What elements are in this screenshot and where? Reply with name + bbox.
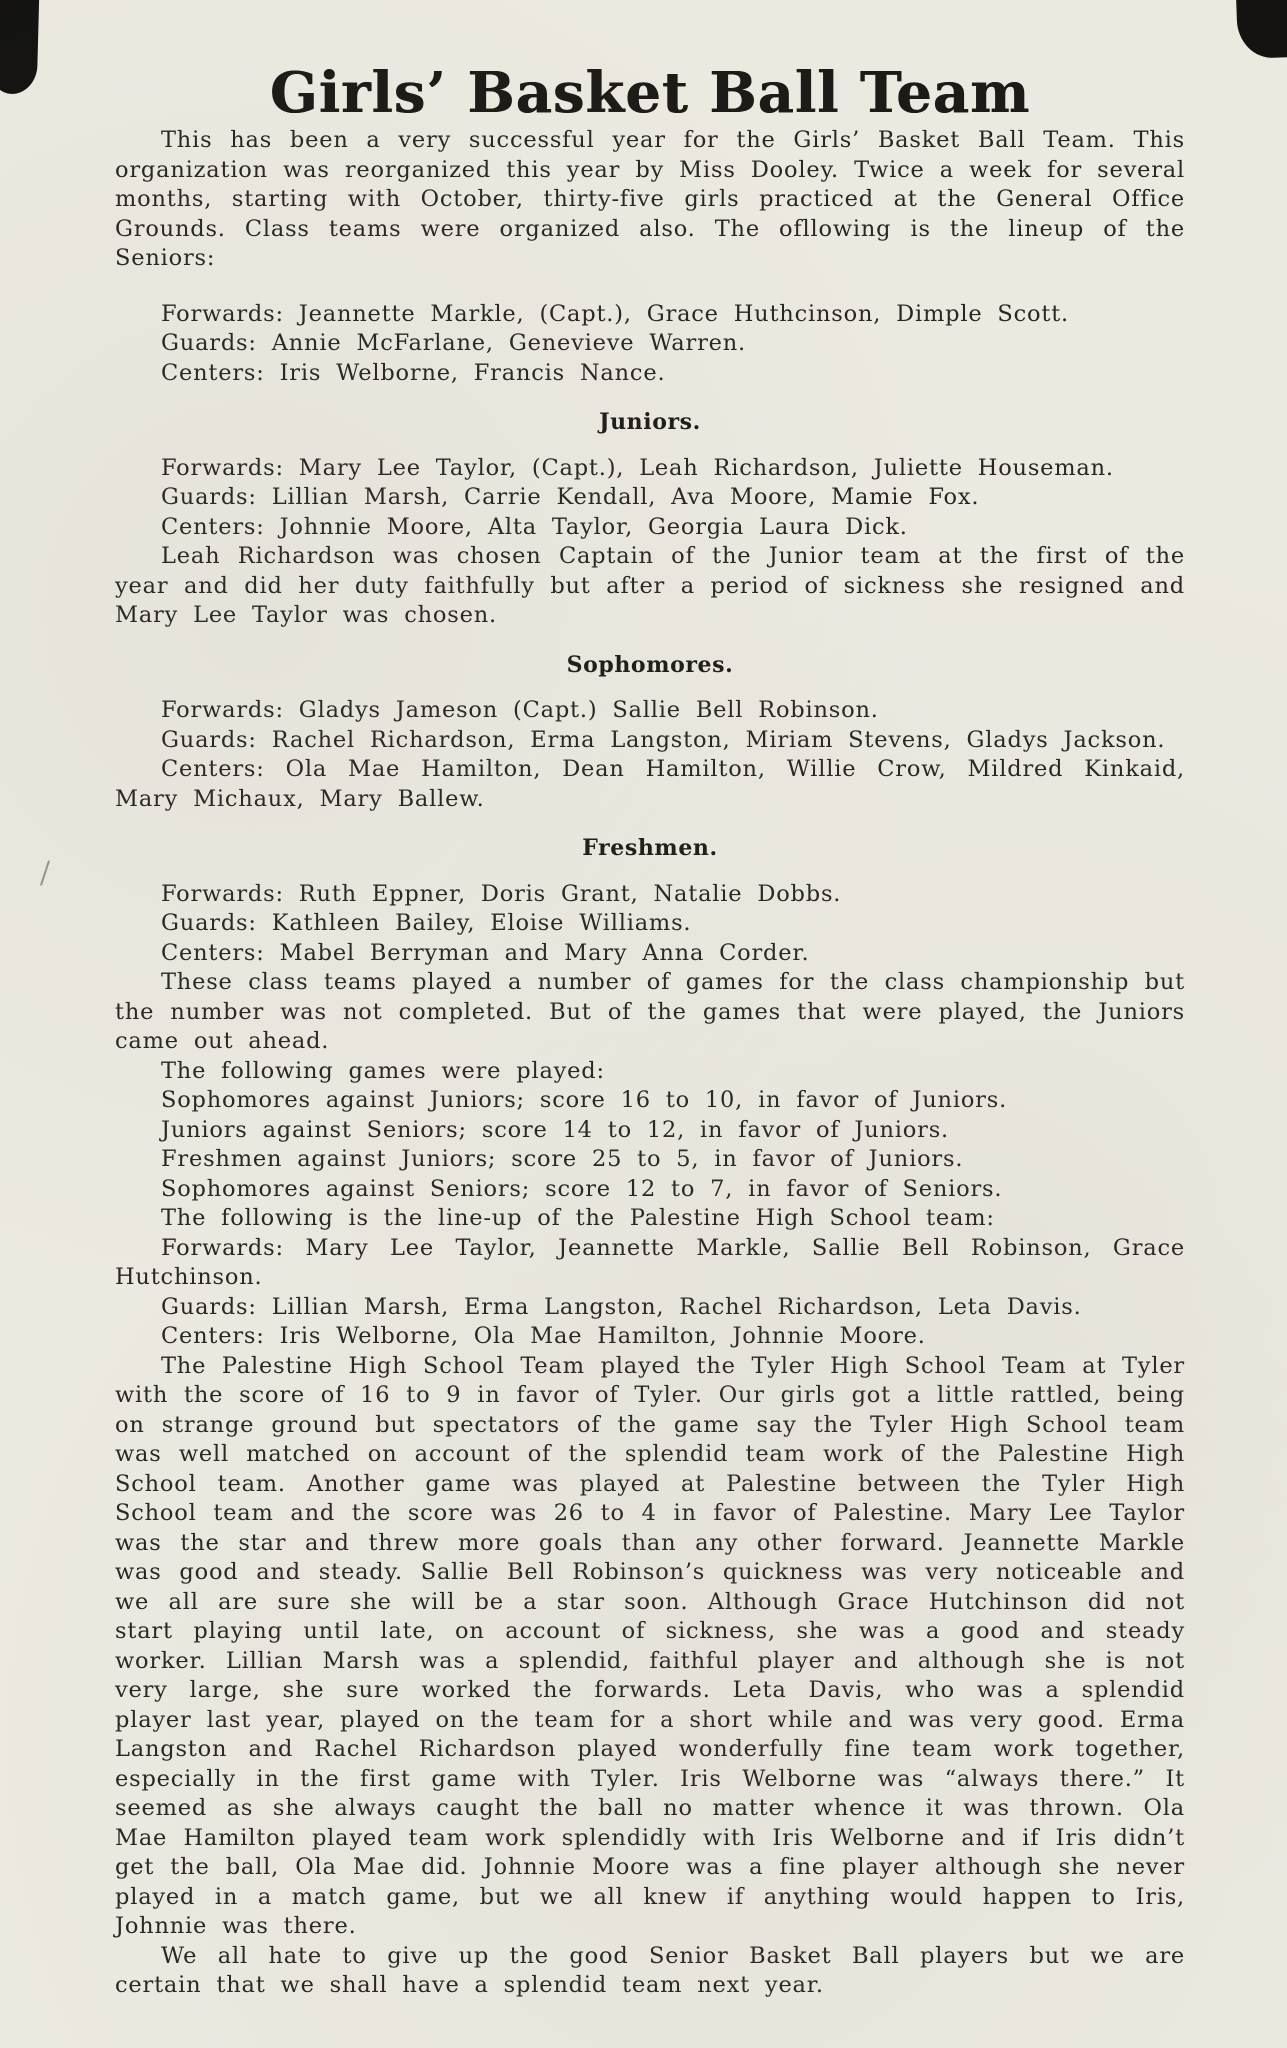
sophomores-forwards-line: Forwards: Gladys Jameson (Capt.) Sallie … [115,696,1185,726]
seniors-centers-line: Centers: Iris Welborne, Francis Nance. [115,359,1185,389]
juniors-lineup: Forwards: Mary Lee Taylor, (Capt.), Leah… [115,454,1185,631]
sophomores-centers-line: Centers: Ola Mae Hamilton, Dean Hamilton… [115,755,1185,814]
freshmen-lineup: Forwards: Ruth Eppner, Doris Grant, Nata… [115,880,1185,969]
juniors-forwards-line: Forwards: Mary Lee Taylor, (Capt.), Leah… [115,454,1185,484]
article-body: This has been a very successful year for… [115,126,1185,2001]
freshmen-forwards-line: Forwards: Ruth Eppner, Doris Grant, Nata… [115,880,1185,910]
closing-paragraph-1: The Palestine High School Team played th… [115,1352,1185,1942]
freshmen-guards-line: Guards: Kathleen Bailey, Eloise Williams… [115,909,1185,939]
seniors-forwards-line: Forwards: Jeannette Markle, (Capt.), Gra… [115,300,1185,330]
juniors-centers-line: Centers: Johnnie Moore, Alta Taylor, Geo… [115,513,1185,543]
yearbook-page: { "title": "Girls’ Basket Ball Team", "i… [0,0,1287,2048]
juniors-guards-line: Guards: Lillian Marsh, Carrie Kendall, A… [115,483,1185,513]
games-intro-line: The following games were played: [115,1057,1185,1087]
school-centers-line: Centers: Iris Welborne, Ola Mae Hamilton… [115,1322,1185,1352]
game-result-line: Sophomores against Juniors; score 16 to … [115,1086,1185,1116]
sophomores-lineup: Forwards: Gladys Jameson (Capt.) Sallie … [115,696,1185,814]
game-result-line: Sophomores against Seniors; score 12 to … [115,1175,1185,1205]
game-result-line: Juniors against Seniors; score 14 to 12,… [115,1116,1185,1146]
scan-mark [40,860,50,885]
school-team-intro-line: The following is the line-up of the Pale… [115,1204,1185,1234]
sophomores-guards-line: Guards: Rachel Richardson, Erma Langston… [115,726,1185,756]
championship-paragraph: These class teams played a number of gam… [115,968,1185,1057]
seniors-lineup: Forwards: Jeannette Markle, (Capt.), Gra… [115,300,1185,389]
page-title: Girls’ Basket Ball Team [115,60,1185,126]
intro-paragraph: This has been a very successful year for… [115,126,1185,274]
school-forwards-line: Forwards: Mary Lee Taylor, Jeannette Mar… [115,1234,1185,1293]
page-content: Girls’ Basket Ball Team This has been a … [115,0,1185,2001]
scan-artifact-top-right [1236,0,1287,59]
championship-section: These class teams played a number of gam… [115,968,1185,1352]
closing-paragraph-2: We all hate to give up the good Senior B… [115,1942,1185,2001]
school-guards-line: Guards: Lillian Marsh, Erma Langston, Ra… [115,1293,1185,1323]
juniors-note-paragraph: Leah Richardson was chosen Captain of th… [115,542,1185,631]
freshmen-centers-line: Centers: Mabel Berryman and Mary Anna Co… [115,939,1185,969]
section-heading-freshmen: Freshmen. [115,834,1185,864]
game-result-line: Freshmen against Juniors; score 25 to 5,… [115,1145,1185,1175]
section-heading-sophomores: Sophomores. [115,651,1185,681]
seniors-guards-line: Guards: Annie McFarlane, Genevieve Warre… [115,329,1185,359]
section-heading-juniors: Juniors. [115,408,1185,438]
scan-artifact-top-left [0,0,39,95]
